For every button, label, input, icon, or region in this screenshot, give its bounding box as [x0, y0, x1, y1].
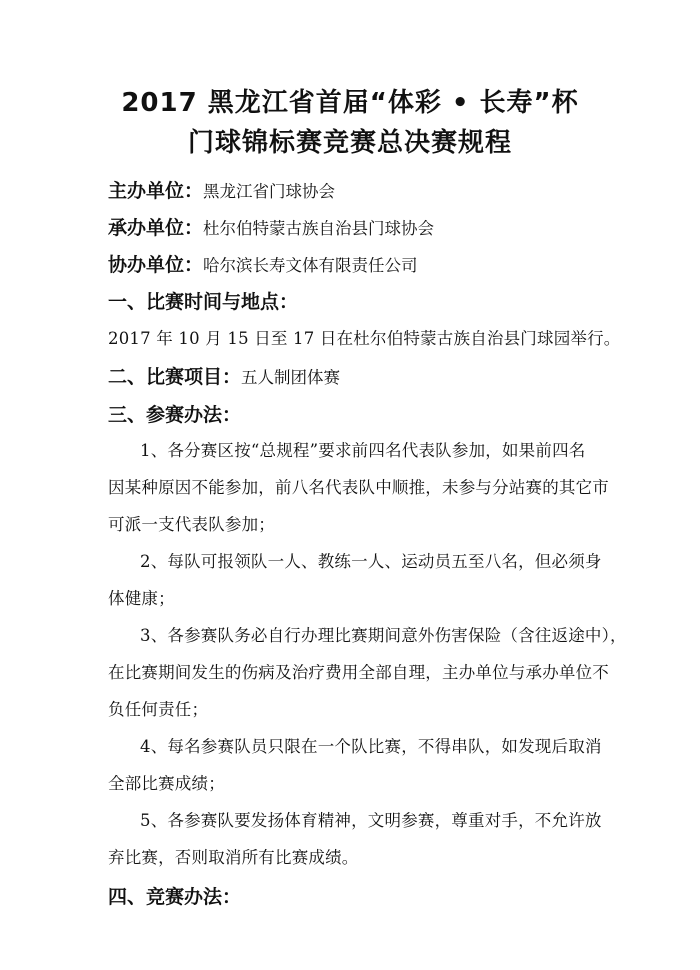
section2: 二、比赛项目：五人制团体赛: [108, 362, 340, 389]
rule-2-line2: 体健康；: [108, 585, 175, 609]
document-title-line2: 门球锦标赛竞赛总决赛规程: [0, 122, 700, 159]
organizer-undertaker-value: 杜尔伯特蒙古族自治县门球协会: [203, 219, 434, 238]
rule-1-line2: 因某种原因不能参加，前八名代表队中顺推，未参与分站赛的其它市: [108, 474, 609, 498]
organizer-host-value: 黑龙江省门球协会: [203, 182, 335, 201]
organizer-host: 主办单位：黑龙江省门球协会: [108, 176, 335, 203]
section2-value: 五人制团体赛: [241, 368, 340, 387]
rule-4-line1: 4、每名参赛队员只限在一个队比赛，不得串队，如发现后取消: [140, 733, 602, 757]
rule-3-line1: 3、各参赛队务必自行办理比赛期间意外伤害保险（含往返途中），: [140, 622, 627, 646]
rule-3-line3: 负任何责任；: [108, 696, 208, 720]
section2-heading: 二、比赛项目：: [108, 366, 241, 388]
rule-1-line1: 1、各分赛区按“总规程”要求前四名代表队参加，如果前四名: [140, 437, 585, 461]
organizer-co: 协办单位：哈尔滨长寿文体有限责任公司: [108, 250, 418, 277]
section4-heading: 四、竞赛办法：: [108, 882, 241, 909]
section1-heading: 一、比赛时间与地点：: [108, 287, 298, 314]
rule-1-line3: 可派一支代表队参加；: [108, 511, 275, 535]
section1-text: 2017 年 10 月 15 日至 17 日在杜尔伯特蒙古族自治县门球园举行。: [108, 325, 621, 349]
section3-heading: 三、参赛办法：: [108, 400, 241, 427]
rule-5-line2: 弃比赛，否则取消所有比赛成绩。: [108, 844, 359, 868]
organizer-host-label: 主办单位：: [108, 180, 203, 202]
rule-4-line2: 全部比赛成绩；: [108, 770, 225, 794]
organizer-undertaker-label: 承办单位：: [108, 217, 203, 239]
organizer-co-label: 协办单位：: [108, 254, 203, 276]
rule-3-line2: 在比赛期间发生的伤病及治疗费用全部自理，主办单位与承办单位不: [108, 659, 609, 683]
organizer-co-value: 哈尔滨长寿文体有限责任公司: [203, 256, 418, 275]
organizer-undertaker: 承办单位：杜尔伯特蒙古族自治县门球协会: [108, 213, 434, 240]
rule-5-line1: 5、各参赛队要发扬体育精神，文明参赛，尊重对手，不允许放: [140, 807, 602, 831]
document-title-line1: 2017 黑龙江省首届“体彩 • 长寿”杯: [0, 82, 700, 119]
rule-2-line1: 2、每队可报领队一人、教练一人、运动员五至八名，但必须身: [140, 548, 602, 572]
